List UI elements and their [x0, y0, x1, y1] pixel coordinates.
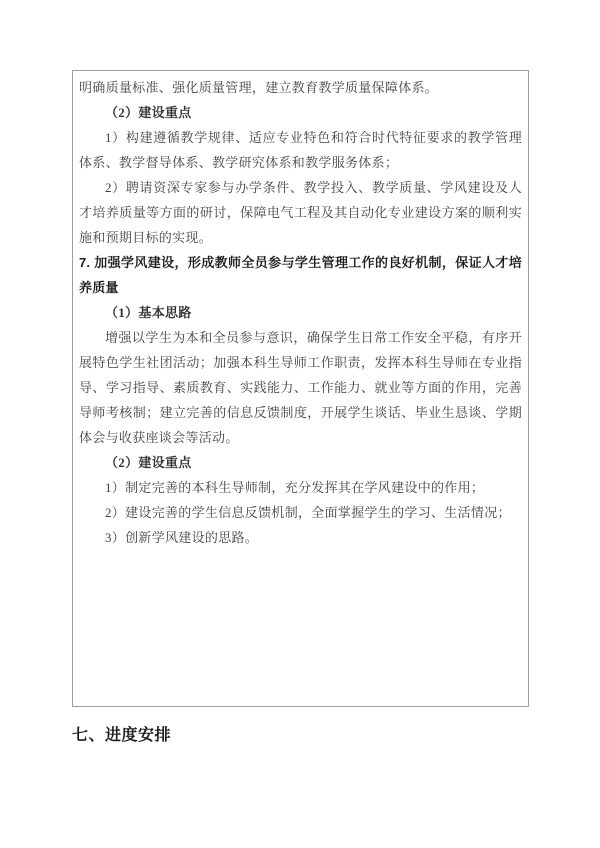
paragraph-list-item-3: 3）创新学风建设的思路。: [79, 525, 522, 550]
paragraph-item-1: 1）构建遵循教学规律、适应专业特色和符合时代特征要求的教学管理体系、教学督导体系…: [79, 125, 522, 175]
paragraph-list-item-2: 2）建设完善的学生信息反馈机制，全面掌握学生的学习、生活情况；: [79, 500, 522, 525]
table-cell-section-content: 明确质量标准、强化质量管理，建立教育教学质量保障体系。 （2）建设重点 1）构建…: [72, 70, 529, 707]
paragraph-list-item-1: 1）制定完善的本科生导师制，充分发挥其在学风建设中的作用；: [79, 475, 522, 500]
sub-heading-construction-focus: （2）建设重点: [79, 100, 522, 125]
document-page: { "cell": { "paragraphs": [ { "text": "明…: [0, 0, 600, 848]
section-heading-7: 7. 加强学风建设，形成教师全员参与学生管理工作的良好机制，保证人才培养质量: [79, 250, 522, 300]
sub-heading-construction-focus-2: （2）建设重点: [79, 450, 522, 475]
sub-heading-basic-idea: （1）基本思路: [79, 300, 522, 325]
paragraph-item-2: 2）聘请资深专家参与办学条件、教学投入、教学质量、学风建设及人才培养质量等方面的…: [79, 175, 522, 250]
section-heading-schedule: 七、进度安排: [72, 722, 171, 745]
paragraph-basic-idea-body: 增强以学生为本和全员参与意识，确保学生日常工作安全平稳，有序开展特色学生社团活动…: [79, 325, 522, 450]
paragraph-continuation: 明确质量标准、强化质量管理，建立教育教学质量保障体系。: [79, 75, 522, 100]
